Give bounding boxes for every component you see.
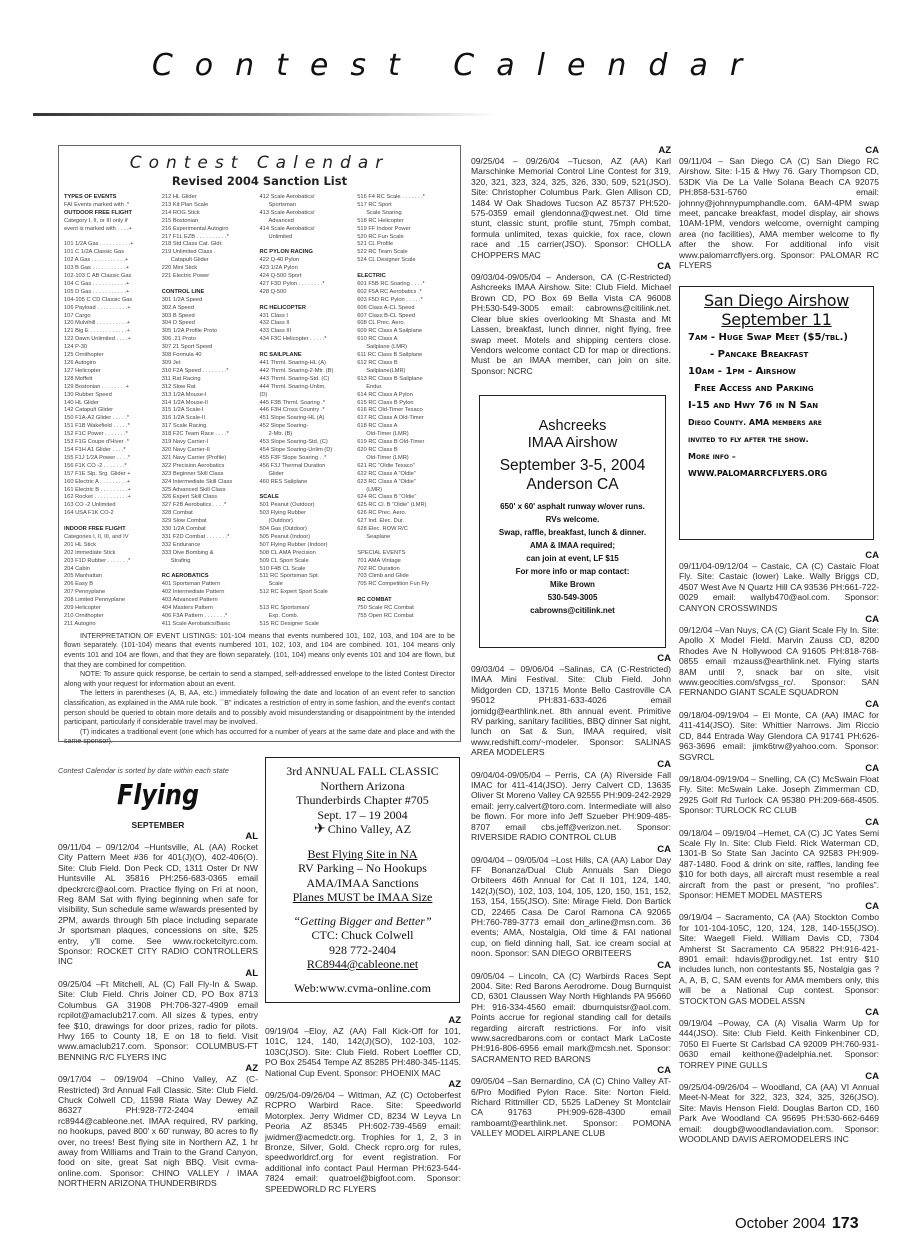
ad-line: RV Parking – No Hookups xyxy=(266,861,459,876)
event-code-item: 156 F1K CO -2 . . . . . . .* xyxy=(64,463,162,471)
event-code-item: 106 Payload . . . . . . . . . .+ xyxy=(64,305,162,313)
event-code-item: 316 1/2A Scale-II xyxy=(162,415,260,423)
event-code-item: 609 RC Class A Sailplane xyxy=(357,328,455,336)
event-code-item: 456 F3J Thermal Duration xyxy=(260,463,358,471)
event-code-item: 209 Helicopter xyxy=(64,605,162,613)
event-code-item: Strafing xyxy=(162,558,260,566)
event-code-item: 130 Rubber Speed xyxy=(64,392,162,400)
title-rule xyxy=(33,113,498,116)
event-code-item: 441 Thrml. Soaring-HL (A) xyxy=(260,360,358,368)
sorted-note: Contest Calendar is sorted by date withi… xyxy=(58,766,258,775)
event-code-item: 101 C 1/2A Classic Gas xyxy=(64,249,162,257)
event-code-item: 422 Q-40 Pylon xyxy=(260,257,358,265)
event-code-item: 104-105 C CD Classic Gas xyxy=(64,297,162,305)
ad-phone: 530-549-3005 xyxy=(480,591,665,604)
event-code-item: (D) xyxy=(260,392,358,400)
event-listing: 09/25/04-09/26/04 – Woodland, CA (AA) VI… xyxy=(679,1082,879,1144)
state-label: CA xyxy=(471,1065,671,1076)
ad-line: invited to fly after the show. xyxy=(680,431,873,448)
event-code-item: 329 Slow Combat xyxy=(162,518,260,526)
event-code-item: 204 Cabin xyxy=(64,566,162,574)
state-label: CA xyxy=(471,960,671,971)
event-listing: 09/18/04-09/19/04 – Snelling, CA (C) McS… xyxy=(679,774,879,816)
event-code-item: 602 F5A RC Aerobatics .* xyxy=(357,289,455,297)
spacer xyxy=(357,589,455,597)
ad-line: RVs welcome. xyxy=(480,513,665,526)
event-code-item: 434 F3C Helicopter . . . . .* xyxy=(260,336,358,344)
ad-date: September 3-5, 2004 xyxy=(480,456,665,475)
event-code-item: 513 RC Sportsman/ xyxy=(260,605,358,613)
event-code-item: FAI Events marked with .* xyxy=(64,202,162,210)
event-code-item: Categories I, II, III, and IV xyxy=(64,534,162,542)
event-code-item: 102-103 C AB Classic Gas xyxy=(64,273,162,281)
event-code-item: Category I, II, or III only if xyxy=(64,218,162,226)
event-code-item: 623 RC Class A “Oldie” xyxy=(357,479,455,487)
event-code-item: Catapult Glider xyxy=(162,257,260,265)
traditional-paragraph: (T) indicates a traditional event (one w… xyxy=(64,728,455,747)
event-code-item: 451 Slope Soaring-HL (A) xyxy=(260,415,358,423)
ad-line: Northern Arizona xyxy=(266,779,459,794)
event-code-item: 601 F5B RC Soaring . . . .* xyxy=(357,281,455,289)
sanction-column-1: TYPES OF EVENTSFAI Events marked with .*… xyxy=(64,194,162,629)
events-column-4-bottom: CA09/11/04-09/12/04 – Castaic, CA (C) Ca… xyxy=(679,550,879,1146)
note-paragraph: NOTE: To assure quick response, be certa… xyxy=(64,670,455,689)
event-code-item: 328 Combat xyxy=(162,510,260,518)
event-code-item: 142 Catapult Glider xyxy=(64,407,162,415)
state-label: CA xyxy=(471,759,671,770)
sanction-column-3: 412 Scale Aerobatics/Sportsman413 Scale … xyxy=(260,194,358,629)
spacer xyxy=(162,281,260,289)
event-code-item: 318 F2C Team Race . . . .* xyxy=(162,431,260,439)
event-code-item: 522 RC Team Scale xyxy=(357,249,455,257)
interpretation-notes: INTERPRETATION OF EVENT LISTINGS: 101-10… xyxy=(64,632,455,747)
interpretation-paragraph: INTERPRETATION OF EVENT LISTINGS: 101-10… xyxy=(64,632,455,670)
event-code-item: 128 Moffett xyxy=(64,376,162,384)
event-code-item: 221 Electric Power xyxy=(162,273,260,281)
event-code-item: 516 F4 RC Scale . . . . . . .* xyxy=(357,194,455,202)
event-code-item: 452 Slope Soaring- xyxy=(260,423,358,431)
event-code-item: 213 Kit Plan Scale xyxy=(162,202,260,210)
event-listing: 09/18/04 – 09/19/04 –Hemet, CA (C) JC Ya… xyxy=(679,828,879,901)
event-code-item: 164 USA F1K CO-2 xyxy=(64,510,162,518)
ad-line-location: ✈Chino Valley, AZ xyxy=(266,822,459,838)
event-code-item: 455 F3F Slope Soaring . .* xyxy=(260,455,358,463)
event-code-item: 603 F5D RC Pylon . . . . .* xyxy=(357,297,455,305)
ad-line: For more info or map contact: xyxy=(480,565,665,578)
ad-location: Chino Valley, AZ xyxy=(328,822,411,836)
event-code-item: 101 1/2A Gas . . . . . . . . . .+ xyxy=(64,241,162,249)
event-code-item: 153 F1G Coupe d'Hiver .* xyxy=(64,439,162,447)
event-code-item: 505 Peanut (Indoor) xyxy=(260,534,358,542)
event-code-item: 211 Autogiro xyxy=(64,621,162,629)
airplane-icon: ✈ xyxy=(314,823,326,838)
ad-title: San Diego Airshow xyxy=(680,291,873,310)
ad-email-link[interactable]: cabrowns@citilink.net xyxy=(480,604,665,617)
event-code-item: 612 RC Class B xyxy=(357,360,455,368)
event-listing: 09/25/04 – 09/26/04 –Tucson, AZ (AA) Kar… xyxy=(471,156,671,260)
event-listing: 09/19/04 –Poway, CA (A) Visalia Warm Up … xyxy=(679,1018,879,1070)
event-listing: 09/03/04 – 09/06/04 –Salinas, CA (C-Rest… xyxy=(471,664,671,758)
event-code-item: 402 Intermediate Pattern xyxy=(162,589,260,597)
event-code-item: 608 CL Prec. Aero. xyxy=(357,320,455,328)
state-label: AZ xyxy=(58,1063,258,1074)
ad-line: IMAA Airshow xyxy=(480,435,665,452)
spacer xyxy=(64,518,162,526)
event-code-item: 129 Bostonian . . . . . . . .+ xyxy=(64,384,162,392)
page-number: 173 xyxy=(832,1215,859,1232)
event-code-item: 610 RC Class A xyxy=(357,336,455,344)
event-code-item: 520 RC Fun Scale xyxy=(357,234,455,242)
event-code-item: 519 FF Indoor Power xyxy=(357,226,455,234)
event-listing: 09/25/04 –Ft Mitchell, AL (C) Fall Fly-I… xyxy=(58,979,258,1062)
event-code-item: 424 Q-500 Sport xyxy=(260,273,358,281)
event-code-item: 163 CO -2 Unlimited xyxy=(64,502,162,510)
event-code-item: 327 F2B Aerobatics . . . .* xyxy=(162,502,260,510)
spacer xyxy=(260,486,358,494)
section-heading: Flying xyxy=(73,778,243,811)
event-code-item: 414 Scale Aerobatics/ xyxy=(260,226,358,234)
event-code-item: 503 Flying Rubber xyxy=(260,510,358,518)
events-column-3-top: AZ09/25/04 – 09/26/04 –Tucson, AZ (AA) K… xyxy=(471,145,671,377)
ad-web-link[interactable]: WWW.PALOMARRCFLYERS.ORG xyxy=(680,465,873,482)
event-code-item: 406 F3A Pattern . . . . . . .* xyxy=(162,613,260,621)
event-code-item: 702 RC Duration xyxy=(357,566,455,574)
ad-location: Anderson CA xyxy=(480,475,665,494)
event-code-item: 105 D Gas . . . . . . . . . . .+ xyxy=(64,289,162,297)
sanction-list-box: Contest Calendar Revised 2004 Sanction L… xyxy=(58,145,461,742)
event-code-item: Sportsman xyxy=(260,202,358,210)
event-code-item: 162 Rocket . . . . . . . . . . .+ xyxy=(64,494,162,502)
category-heading: TYPES OF EVENTS xyxy=(64,194,162,202)
event-code-item: 155 F1J 1/2A Power . . . .* xyxy=(64,455,162,463)
state-label: CA xyxy=(679,901,879,912)
event-code-item: 413 Scale Aerobatics/ xyxy=(260,210,358,218)
event-listing: 09/17/04 – 09/19/04 –Chino Valley, AZ (C… xyxy=(58,1074,258,1188)
sanction-list-subtitle: Revised 2004 Sanction List xyxy=(64,174,455,188)
event-listing: 09/25/04-09/26/04 – Wittman, AZ (C) Octo… xyxy=(265,1090,461,1194)
event-code-item: 620 RC Class B xyxy=(357,447,455,455)
ad-san-diego-airshow: San Diego Airshow September 11 7am - Hug… xyxy=(679,286,874,540)
event-code-item: 306 .21 Proto xyxy=(162,336,260,344)
event-code-item: 305 1/2A Profile Proto xyxy=(162,328,260,336)
ad-line: Free Access and Parking xyxy=(680,380,873,397)
event-code-item: 446 F3H Cross Country .* xyxy=(260,407,358,415)
spacer xyxy=(162,566,260,574)
event-code-item: (Outdoor) xyxy=(260,518,358,526)
event-code-item: 205 Manhattan xyxy=(64,573,162,581)
category-heading: OUTDOOR FREE FLIGHT xyxy=(64,210,162,218)
event-code-item: 333 Dive Bombing & xyxy=(162,550,260,558)
event-code-item: 331 F2D Combat . . . . . . .* xyxy=(162,534,260,542)
letters-paragraph: The letters in parentheses (A, B, AA, et… xyxy=(64,689,455,727)
ad-phone: 928 772-2404 xyxy=(266,943,459,958)
event-code-item: 515 RC Designer Scale xyxy=(260,621,358,629)
event-code-item: 501 Peanut (Outdoor) xyxy=(260,502,358,510)
event-code-item: 210 Ornithopter xyxy=(64,613,162,621)
event-code-item: 423 1/2A Pylon xyxy=(260,265,358,273)
event-listing: 09/19/04 –Eloy, AZ (AA) Fall Kick-Off fo… xyxy=(265,1026,461,1078)
event-code-item: 403 Advanced Pattern xyxy=(162,597,260,605)
event-code-item: 107 Cargo xyxy=(64,313,162,321)
event-listing: 09/11/04 – 09/12/04 –Huntsville, AL (AA)… xyxy=(58,842,258,967)
event-code-item: Scale xyxy=(260,581,358,589)
event-code-item: 624 RC Class B “Oldie” xyxy=(357,494,455,502)
event-code-item: 157 F1E Slp. Srg. Glider + xyxy=(64,471,162,479)
spacer xyxy=(260,597,358,605)
ad-line: Sept. 17 – 19 2004 xyxy=(266,808,459,823)
event-code-item: 755 Open RC Combat xyxy=(357,613,455,621)
event-code-item: 322 Precision Aerobatics xyxy=(162,463,260,471)
state-label: AL xyxy=(58,831,258,842)
event-code-item: 314 1/2A Mouse-II xyxy=(162,400,260,408)
event-code-item: 161 Electric B . . . . . . . . .+ xyxy=(64,487,162,495)
state-label: CA xyxy=(679,550,879,561)
state-label: CA xyxy=(679,145,879,156)
event-code-item: 512 RC Expert Sport Scale xyxy=(260,589,358,597)
event-code-item: 302 A Speed xyxy=(162,305,260,313)
ad-contact: CTC: Chuck Colwell xyxy=(266,928,459,943)
event-code-item: 607 Class B-CL Speed xyxy=(357,313,455,321)
page-title: Contest Calendar xyxy=(0,48,916,83)
event-code-item: 411 Scale Aerobatics/Basic xyxy=(162,621,260,629)
event-code-item: 104 C Gas . . . . . . . . . . .+ xyxy=(64,281,162,289)
event-code-item: Scale Soaring xyxy=(357,210,455,218)
ad-ashcreeks-airshow: Ashcreeks IMAA Airshow September 3-5, 20… xyxy=(479,395,666,648)
event-code-item: 313 1/2A Mouse-I xyxy=(162,392,260,400)
state-label: CA xyxy=(471,844,671,855)
event-code-item: 201 HL Stick xyxy=(64,542,162,550)
event-code-item: 122 Dawn Unlimited . . . .+ xyxy=(64,336,162,344)
event-code-item: Exp. Comb. xyxy=(260,613,358,621)
event-code-item: 326 Expert Skill Class xyxy=(162,494,260,502)
event-code-item: 518 RC Helicopter xyxy=(357,218,455,226)
event-code-item: 320 Navy Carrier-II xyxy=(162,447,260,455)
event-code-item: 207 Pennyplane xyxy=(64,589,162,597)
ad-line: 650' x 60' asphalt runway w/over runs. xyxy=(480,500,665,513)
event-code-item: 323 Beginner Skill Class xyxy=(162,471,260,479)
event-code-item: 433 Class III xyxy=(260,328,358,336)
event-code-item: 312 Slow Rat xyxy=(162,384,260,392)
event-code-item: 308 Formula 40 xyxy=(162,352,260,360)
event-code-item: 319 Navy Carrier-I xyxy=(162,439,260,447)
state-label: CA xyxy=(679,1007,879,1018)
event-code-item: Seaplane xyxy=(357,534,455,542)
category-heading: INDOOR FREE FLIGHT xyxy=(64,526,162,534)
event-code-item: 511 RC Sportsman Spt. xyxy=(260,573,358,581)
spacer xyxy=(260,241,358,249)
event-code-item: 509 CL Sport Scale xyxy=(260,558,358,566)
event-listing: 09/19/04 – Sacramento, CA (AA) Stockton … xyxy=(679,912,879,1006)
ad-line: Diego County. AMA members are xyxy=(680,414,873,431)
event-code-item: 324 Intermediate Skill Class xyxy=(162,479,260,487)
state-label: CA xyxy=(679,763,879,774)
ad-line: I-15 and Hwy 76 in N San xyxy=(680,397,873,414)
event-code-item: SPECIAL EVENTS xyxy=(357,550,455,558)
ad-line: Best Flying Site in NA xyxy=(266,847,459,862)
event-code-item: 150 F1A-A2 Glider . . . . .* xyxy=(64,415,162,423)
event-code-item: 703 Climb and Glide xyxy=(357,573,455,581)
state-label: AZ xyxy=(471,145,671,156)
event-code-item: 521 CL Profile xyxy=(357,241,455,249)
spacer xyxy=(260,344,358,352)
event-code-item: 508 CL AMA Precision xyxy=(260,550,358,558)
ad-line: More info – xyxy=(680,448,873,465)
event-code-item: Sailplane (LMR) xyxy=(357,344,455,352)
ad-line: Planes MUST be IMAA Size xyxy=(266,890,459,905)
event-code-item: 618 RC Class A xyxy=(357,423,455,431)
ad-web-link[interactable]: Web:www.cvma-online.com xyxy=(266,981,459,996)
ad-line: 7am - Huge Swap Meet ($5/tbl.) xyxy=(680,329,873,346)
event-listing: 09/18/04-09/19/04 – El Monte, CA (AA) IM… xyxy=(679,710,879,762)
event-code-item: 307 21 Sport Speed xyxy=(162,344,260,352)
event-code-item: 625 RC Cl. B “Oldie” (LMR) xyxy=(357,502,455,510)
category-heading: CONTROL LINE xyxy=(162,289,260,297)
event-code-item: 218 Std Class Cat. Gldr. xyxy=(162,241,260,249)
sanction-column-2: 212 HL Glider213 Kit Plan Scale214 ROG S… xyxy=(162,194,260,629)
event-code-item: 126 Autogiro xyxy=(64,360,162,368)
event-code-item: 626 RC Prec. Aero. xyxy=(357,510,455,518)
event-code-item: 404 Masters Pattern xyxy=(162,605,260,613)
event-listing: 09/12/04 –Van Nuys, CA (C) Giant Scale F… xyxy=(679,625,879,698)
event-code-item: Endur. xyxy=(357,384,455,392)
ad-line: Thunderbirds Chapter #705 xyxy=(266,793,459,808)
ad-line: can join at event, LF $15 xyxy=(480,552,665,565)
event-code-item: 412 Scale Aerobatics/ xyxy=(260,194,358,202)
spacer xyxy=(357,265,455,273)
event-code-item: 330 1/2A Combat xyxy=(162,526,260,534)
page-footer: October 2004173 xyxy=(735,1215,859,1233)
ad-email-link[interactable]: RC8944@cableone.net xyxy=(266,957,459,972)
event-code-item: 427 F3D Pylon . . . . . . . .* xyxy=(260,281,358,289)
event-code-item: 160 Electric A . . . . . . . . .+ xyxy=(64,479,162,487)
event-code-item: 524 CL Designer Scale xyxy=(357,257,455,265)
event-code-item: 619 RC Class B Old-Timer xyxy=(357,439,455,447)
event-code-item: 615 RC Class B Pylon xyxy=(357,400,455,408)
event-code-item: 151 F1B Wakefield . . . . .* xyxy=(64,423,162,431)
issue-date: October 2004 xyxy=(735,1215,826,1232)
spacer xyxy=(260,297,358,305)
category-heading: RC SAILPLANE xyxy=(260,352,358,360)
event-listing: 09/05/04 –San Bernardino, CA (C) Chino V… xyxy=(471,1076,671,1138)
event-code-item: 127 Helicopter xyxy=(64,368,162,376)
sanction-list-title: Contest Calendar xyxy=(64,153,455,173)
event-code-item: 301 1/2A Speed xyxy=(162,297,260,305)
event-code-item: (LMR) xyxy=(357,487,455,495)
event-code-item: 332 Endurance xyxy=(162,542,260,550)
event-code-item: 613 RC Class B Sailplane xyxy=(357,376,455,384)
ad-line: AMA/IMAA Sanctions xyxy=(266,876,459,891)
event-code-item: 315 1/2A Scale-I xyxy=(162,407,260,415)
event-code-item: 460 RES Sailplane xyxy=(260,479,358,487)
event-code-item: 120 Mulvihill . . . . . . . . . .+ xyxy=(64,320,162,328)
state-label: AZ xyxy=(265,1079,461,1090)
state-label: CA xyxy=(471,653,671,664)
ad-date: September 11 xyxy=(680,310,873,329)
event-code-item: 215 Bostonian xyxy=(162,218,260,226)
event-code-item: 507 Flying Rubber (Indoor) xyxy=(260,542,358,550)
event-code-item: event is marked with . . . .+ xyxy=(64,226,162,234)
event-code-item: 611 RC Class B Sailplane xyxy=(357,352,455,360)
category-heading: RC HELICOPTER xyxy=(260,305,358,313)
event-code-item: 217 F1L EZB . . . . . . . . . .* xyxy=(162,234,260,242)
state-label: CA xyxy=(471,261,671,272)
event-code-item: 140 HL Glider xyxy=(64,400,162,408)
spacer xyxy=(64,234,162,242)
event-code-item: 504 Gas (Outdoor) xyxy=(260,526,358,534)
event-code-item: 121 Big E . . . . . . . . . . . .+ xyxy=(64,328,162,336)
event-code-item: 125 Ornithopter xyxy=(64,352,162,360)
event-listing: 09/11/04 – San Diego CA (C) San Diego RC… xyxy=(679,156,879,270)
events-column-4-top: CA09/11/04 – San Diego CA (C) San Diego … xyxy=(679,145,879,271)
event-code-item: 214 ROG Stick xyxy=(162,210,260,218)
event-code-item: 701 AMA Vintage xyxy=(357,558,455,566)
event-code-item: 154 F1H A1 Glider . . . .* xyxy=(64,447,162,455)
event-code-item: 442 Thrml. Soaring-2-Mtr. (B) xyxy=(260,368,358,376)
event-code-item: 453 Slope Soaring-Std. (C) xyxy=(260,439,358,447)
event-code-item: 311 Rat Racing xyxy=(162,376,260,384)
category-heading: SCALE xyxy=(260,494,358,502)
category-heading: RC COMBAT xyxy=(357,597,455,605)
ad-chino-valley-fall-classic: 3rd ANNUAL FALL CLASSIC Northern Arizona… xyxy=(265,757,460,1003)
event-code-item: 443 Thrml. Soaring-Std. (C) xyxy=(260,376,358,384)
event-code-item: 325 Advanced Skill Class xyxy=(162,487,260,495)
event-code-item: 454 Slope Soaring-Unlim (D) xyxy=(260,447,358,455)
event-code-item: 445 F3B Thrml. Soaring .* xyxy=(260,400,358,408)
state-label: CA xyxy=(679,699,879,710)
event-code-item: 206 Easy B xyxy=(64,581,162,589)
ad-line: - Pancake Breakfast xyxy=(680,346,873,363)
ad-slogan: “Getting Bigger and Better” xyxy=(266,914,459,929)
state-label: CA xyxy=(679,1071,879,1082)
event-code-item: 627 Ind. Elec. Dur. xyxy=(357,518,455,526)
event-code-item: Old-Timer (LMR) xyxy=(357,431,455,439)
event-code-item: 614 RC Class A Pylon xyxy=(357,392,455,400)
event-code-item: 216 Experimental Autogiro xyxy=(162,226,260,234)
event-listing: 09/05/04 – Lincoln, CA (C) Warbirds Race… xyxy=(471,971,671,1065)
event-code-item: 309 Jet xyxy=(162,360,260,368)
event-code-item: 203 F1D Rubber . . . . . . .* xyxy=(64,558,162,566)
event-code-item: 401 Sportsman Pattern xyxy=(162,581,260,589)
event-code-item: 152 F1C Power . . . . . . .* xyxy=(64,431,162,439)
category-heading: RC PYLON RACING xyxy=(260,249,358,257)
ad-contact: Mike Brown xyxy=(480,578,665,591)
event-code-item: 622 RC Class A “Oldie” xyxy=(357,471,455,479)
state-label: AL xyxy=(58,968,258,979)
month-heading: SEPTEMBER xyxy=(58,820,258,830)
event-listing: 09/04/04 – 09/05/04 –Lost Hills, CA (AA)… xyxy=(471,855,671,959)
event-code-item: 102 A Gas . . . . . . . . . . .+ xyxy=(64,257,162,265)
event-code-item: 317 Scale Racing xyxy=(162,423,260,431)
event-code-item: 428 Q-500 xyxy=(260,289,358,297)
spacer xyxy=(357,542,455,550)
events-column-1: AL09/11/04 – 09/12/04 –Huntsville, AL (A… xyxy=(58,831,258,1190)
event-code-item: 2-Mtr. (B) xyxy=(260,431,358,439)
event-code-item: 303 B Speed xyxy=(162,313,260,321)
event-code-item: 310 F2A Speed . . . . . . . .* xyxy=(162,368,260,376)
event-code-item: 616 RC Old-Timer Texaco xyxy=(357,407,455,415)
event-code-item: 606 Class A-CL Speed xyxy=(357,305,455,313)
category-heading: ELECTRIC xyxy=(357,273,455,281)
event-code-item: 617 RC Class A Old-Timer xyxy=(357,415,455,423)
event-listing: 09/11/04-09/12/04 – Castaic, CA (C) Cast… xyxy=(679,561,879,613)
event-code-item: Glider xyxy=(260,471,358,479)
event-code-item: Old-Timer (LMR) xyxy=(357,455,455,463)
event-code-item: 444 Thrml. Soaring-Unlim. xyxy=(260,384,358,392)
event-code-item: 705 RC Competition Fun Fly xyxy=(357,581,455,589)
event-code-item: 212 HL Glider xyxy=(162,194,260,202)
state-label: CA xyxy=(679,817,879,828)
event-code-item: 124 P-30 xyxy=(64,344,162,352)
